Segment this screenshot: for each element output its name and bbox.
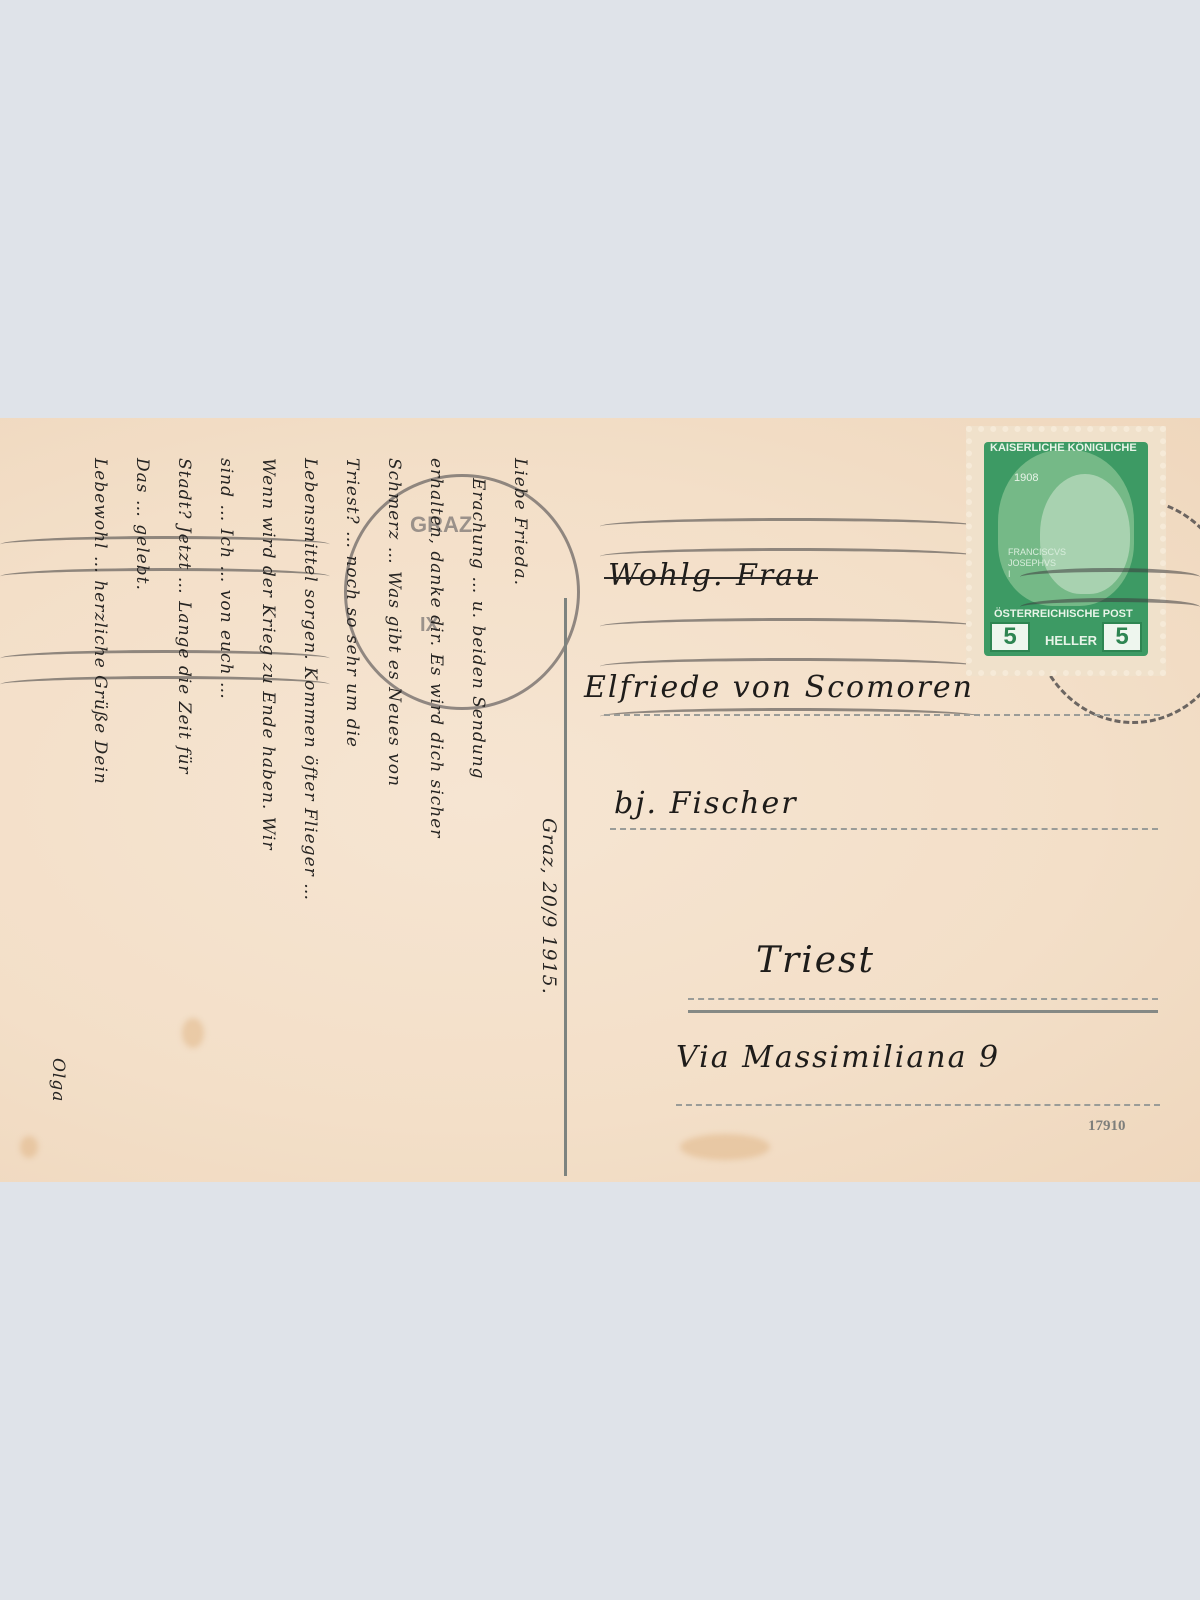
divider-line	[564, 598, 567, 1176]
message-line: erhalten, danke dir. Es wird dich sicher	[426, 458, 446, 838]
address-salutation: Wohlg. Frau	[608, 558, 816, 593]
message-line: Erachung … u. beiden Sendung	[468, 478, 488, 779]
message-line: Schmerz … Was gibt es Neues von	[384, 458, 404, 787]
stamp-denomination: HELLER	[1040, 633, 1102, 648]
cancellation-wave	[0, 536, 330, 553]
stain	[680, 1134, 770, 1160]
stamp-cancellation	[1020, 598, 1200, 616]
message-line: Stadt? Jetzt … Lange die Zeit für	[174, 458, 194, 775]
message-line: sind … Ich … von euch …	[216, 458, 236, 700]
stain	[182, 1018, 204, 1048]
address-city: Triest	[756, 940, 875, 981]
message-dateline: Graz, 20/9 1915.	[538, 818, 560, 995]
cancellation-wave	[600, 518, 980, 535]
address-street: Via Massimiliana 9	[676, 1040, 1000, 1075]
stamp-value-left: 5	[990, 622, 1030, 652]
cancellation-wave	[600, 618, 980, 635]
address-line-1	[604, 714, 1160, 716]
cancellation-wave	[0, 650, 330, 667]
message-line: Lebewohl … herzliche Grüße Dein	[90, 458, 110, 785]
stamp-frame: KAISERLICHE KÖNIGLICHE ÖSTERREICHISCHE P…	[984, 442, 1148, 656]
card-number: 17910	[1088, 1118, 1126, 1135]
message-line: Das … gelebt.	[132, 458, 152, 591]
address-line-2	[610, 828, 1158, 830]
postmark-circle	[344, 474, 580, 710]
postage-stamp: KAISERLICHE KÖNIGLICHE ÖSTERREICHISCHE P…	[966, 426, 1166, 676]
stamp-value-right: 5	[1102, 622, 1142, 652]
cancellation-wave	[0, 568, 330, 585]
message-line: Wenn wird der Krieg zu Ende haben. Wir	[258, 458, 278, 850]
stamp-ring-top: KAISERLICHE KÖNIGLICHE	[990, 442, 1137, 454]
message-line: Triest? … noch so sehr um die	[342, 458, 362, 748]
stamp-year: 1908	[1014, 472, 1038, 484]
cancellation-wave	[0, 676, 330, 693]
address-rule	[688, 1010, 1158, 1013]
address-care-of: bj. Fischer	[614, 786, 798, 821]
message-greeting: Liebe Frieda.	[510, 458, 530, 586]
address-name: Elfriede von Scomoren	[584, 670, 974, 705]
postcard: GRAZ IX 331 L. Strohschneider, Graz 1915…	[0, 418, 1200, 1182]
cancellation-wave	[600, 708, 980, 725]
stamp-cancellation	[1020, 568, 1200, 586]
stain	[20, 1136, 38, 1158]
address-salutation-text: Wohlg. Frau	[608, 558, 816, 593]
message-line: Lebensmittel sorgen. Kommen öfter Fliege…	[300, 458, 320, 901]
message-signature: Olga	[48, 1058, 68, 1102]
address-line-4	[676, 1104, 1160, 1106]
address-line-3	[688, 998, 1158, 1000]
